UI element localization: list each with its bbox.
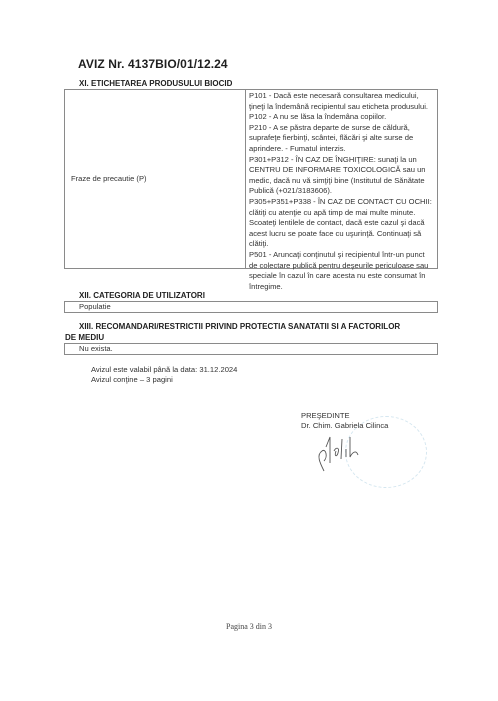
- precaution-phrases-label: Fraze de precautie (P): [71, 174, 236, 185]
- recommendations-box: Nu exista.: [64, 343, 438, 355]
- phrase-p210: P210 - A se păstra departe de surse de c…: [249, 123, 435, 155]
- section-xiii-heading-line2: DE MEDIU: [65, 333, 104, 342]
- phrase-p102: P102 - A nu se lăsa la îndemâna copiilor…: [249, 112, 435, 123]
- phrase-p101: P101 - Dacă este necesară consultarea me…: [249, 91, 435, 112]
- section-xiii-heading-line1: XIII. RECOMANDARI/RESTRICTII PRIVIND PRO…: [79, 322, 400, 331]
- labelling-table: Fraze de precautie (P) P101 - Dacă este …: [64, 89, 438, 269]
- signatory-role: PREŞEDINTE: [301, 411, 350, 421]
- user-category-value: Populatie: [79, 302, 111, 312]
- page-footer: Pagina 3 din 3: [226, 622, 272, 631]
- signatory-name: Dr. Chim. Gabriela Cilinca: [301, 421, 388, 431]
- document-title: AVIZ Nr. 4137BIO/01/12.24: [78, 57, 228, 71]
- table-column-divider: [245, 90, 246, 268]
- validity-text: Avizul este valabil până la data: 31.12.…: [91, 365, 237, 375]
- signature-icon: [310, 433, 370, 473]
- page-count-note: Avizul conţine – 3 pagini: [91, 375, 173, 385]
- user-category-box: Populatie: [64, 301, 438, 313]
- phrase-p501: P501 - Aruncaţi conţinutul şi recipientu…: [249, 250, 435, 292]
- precaution-phrases-list: P101 - Dacă este necesară consultarea me…: [249, 91, 435, 292]
- phrase-p305-p351-p338: P305+P351+P338 - ÎN CAZ DE CONTACT CU OC…: [249, 197, 435, 250]
- section-xii-heading: XII. CATEGORIA DE UTILIZATORI: [79, 291, 205, 300]
- section-xi-heading: XI. ETICHETAREA PRODUSULUI BIOCID: [79, 79, 232, 88]
- phrase-p301-p312: P301+P312 - ÎN CAZ DE ÎNGHIŢIRE: sunaţi …: [249, 155, 435, 197]
- recommendations-value: Nu exista.: [79, 344, 113, 354]
